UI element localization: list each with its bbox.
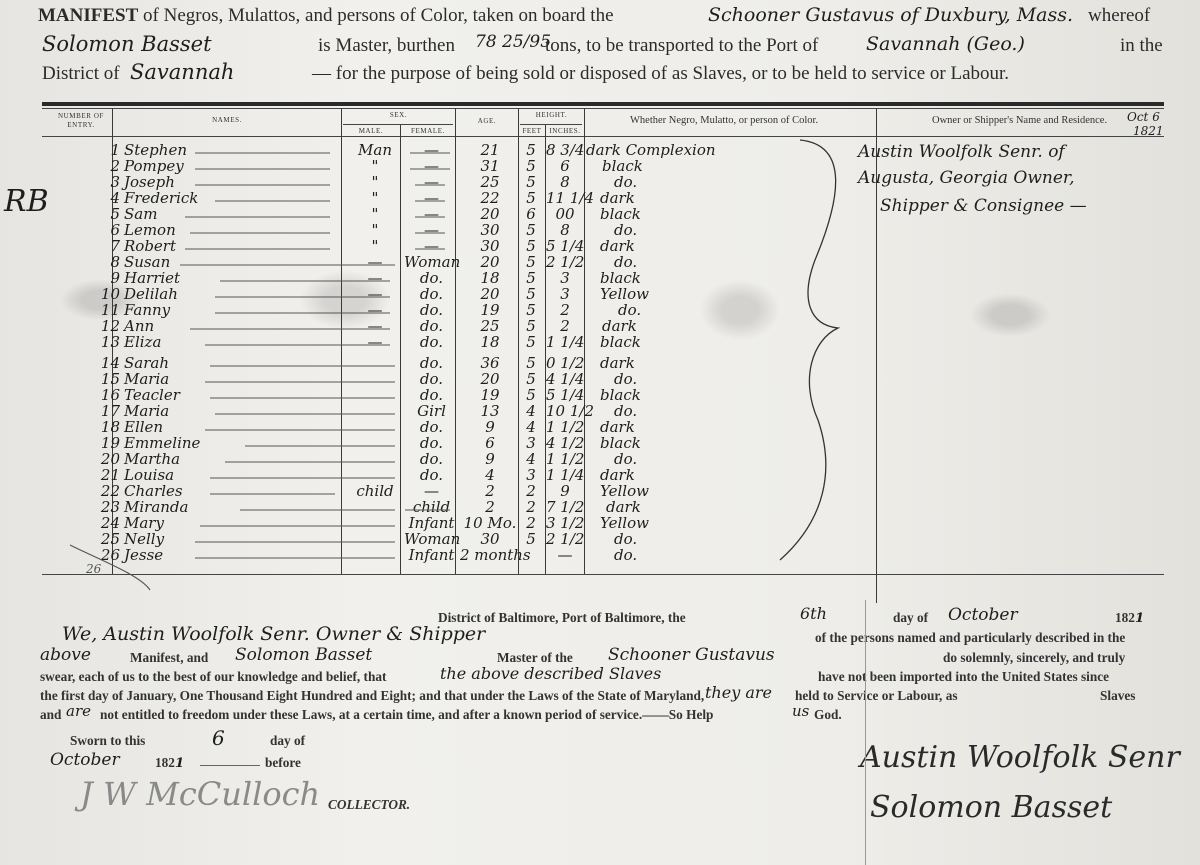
oath-above: above — [40, 645, 91, 665]
oath-manifest-and: Manifest, and — [130, 650, 208, 666]
oath-vessel: Schooner Gustavus — [608, 645, 775, 665]
oath-line5-us: us — [792, 702, 809, 720]
oath-line3-a: swear, each of us to the best of our kno… — [40, 669, 386, 685]
oath-year: 1821 — [1115, 610, 1144, 626]
oath-line4-b: held to Service or Labour, as — [795, 688, 958, 704]
oath-month: October — [948, 605, 1018, 625]
oath-line1-hand: We, Austin Woolfolk Senr. Owner & Shippe… — [62, 623, 485, 645]
collector-label: COLLECTOR. — [328, 797, 410, 813]
sworn-year: 1821 — [155, 755, 184, 771]
owner-line-2: Augusta, Georgia Owner, — [858, 168, 1075, 188]
sworn-blank-line — [200, 765, 260, 766]
oath-line5-god: God. — [814, 707, 842, 723]
oath-line5-text: not entitled to freedom under these Laws… — [100, 707, 713, 723]
oath-slaves: Slaves — [1100, 688, 1135, 704]
sworn-before: before — [265, 755, 301, 771]
oath-day-of: day of — [893, 610, 928, 626]
oath-line5-are: are — [66, 702, 91, 720]
owner-signature: Austin Woolfolk Senr — [860, 740, 1180, 775]
collector-signature: J W McCulloch — [80, 775, 320, 813]
oath-master-name: Solomon Basset — [235, 645, 372, 665]
total-note: 26 — [86, 562, 101, 576]
sworn-day: 6 — [212, 726, 225, 750]
sworn-text: Sworn to this — [70, 733, 145, 749]
master-signature: Solomon Basset — [870, 790, 1112, 825]
oath-line3-b: have not been imported into the United S… — [818, 669, 1109, 685]
oath-line4-a: the first day of January, One Thousand E… — [40, 688, 704, 704]
oath-line3-hand: the above described Slaves — [440, 664, 661, 683]
owner-line-3: Shipper & Consignee — — [880, 196, 1087, 216]
oath-line4-hand: they are — [705, 683, 772, 702]
sworn-day-of: day of — [270, 733, 305, 749]
owner-line-1: Austin Woolfolk Senr. of — [858, 142, 1065, 162]
bleed-through-line — [865, 600, 866, 865]
sworn-month: October — [50, 750, 120, 770]
oath-solemnly: do solemnly, sincerely, and truly — [943, 650, 1125, 666]
oath-day: 6th — [800, 604, 827, 623]
ruling-and-brace — [0, 0, 1200, 865]
oath-line1-text: of the persons named and particularly de… — [815, 630, 1125, 646]
oath-line5-and: and — [40, 707, 61, 723]
manifest-page: MANIFEST of Negros, Mulattos, and person… — [0, 0, 1200, 865]
